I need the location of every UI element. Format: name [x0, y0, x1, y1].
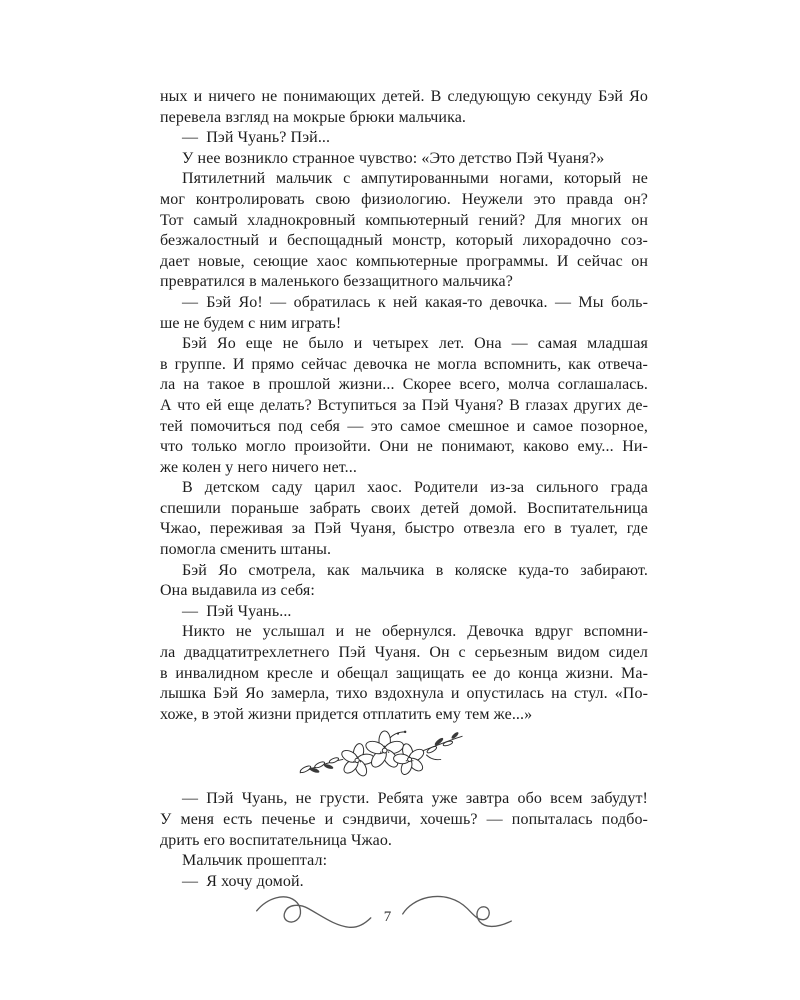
text-line: Пятилетний мальчик с ампутированными ног…	[160, 169, 648, 190]
calligraphic-swash-left-icon	[252, 886, 377, 938]
text-line: У меня есть печенье и сэндвичи, хочешь? …	[160, 810, 648, 831]
paragraph: У нее возникло странное чувство: «Это де…	[160, 149, 648, 170]
text-line: Бэй Яо смотрела, как мальчика в коляске …	[160, 561, 648, 582]
paragraphs-bottom: — Пэй Чуань, не грусти. Ребята уже завтр…	[160, 789, 648, 892]
text-line: — Пэй Чуань? Пэй...	[160, 128, 648, 149]
paragraph: Пятилетний мальчик с ампутированными ног…	[160, 169, 648, 293]
page-text: ных и ничего не понимающих детей. В след…	[160, 87, 648, 892]
text-line: Бэй Яо еще не было и четырех лет. Она — …	[160, 334, 648, 355]
text-line: А что ей еще делать? Вступиться за Пэй Ч…	[160, 396, 648, 417]
paragraph: — Пэй Чуань...	[160, 602, 648, 623]
text-line: ных и ничего не понимающих детей. В след…	[160, 87, 648, 108]
text-line: ше не будем с ним играть!	[160, 314, 648, 335]
text-line: — Пэй Чуань, не грусти. Ребята уже завтр…	[160, 789, 648, 810]
paragraph: В детском саду царил хаос. Родители из-з…	[160, 478, 648, 560]
text-line: безжалостный и беспощадный монстр, котор…	[160, 231, 648, 252]
text-line: перевела взгляд на мокрые брюки мальчика…	[160, 108, 648, 129]
text-line: мог контролировать свою физиологию. Неуж…	[160, 190, 648, 211]
text-line: ла на такое в прошлой жизни... Скорее вс…	[160, 375, 648, 396]
paragraph: — Бэй Яо! — обратилась к ней какая-то де…	[160, 293, 648, 334]
text-line: У нее возникло странное чувство: «Это де…	[160, 149, 648, 170]
paragraphs-top: ных и ничего не понимающих детей. В след…	[160, 87, 648, 725]
text-line: спешили пораньше забрать своих детей дом…	[160, 499, 648, 520]
text-line: Чжао, переживая за Пэй Чуаня, быстро отв…	[160, 519, 648, 540]
paragraph: Бэй Яо смотрела, как мальчика в коляске …	[160, 561, 648, 602]
flower-branch-ornament-icon	[293, 728, 471, 782]
page-footer: 7	[0, 886, 784, 938]
text-line: помогла сменить штаны.	[160, 540, 648, 561]
paragraph: — Пэй Чуань, не грусти. Ребята уже завтр…	[160, 789, 648, 851]
paragraph: Мальчик прошептал:	[160, 851, 648, 872]
text-line: В детском саду царил хаос. Родители из-з…	[160, 478, 648, 499]
page-number: 7	[384, 900, 392, 925]
text-line: ла двадцатитрехлетнего Пэй Чуаня. Он с с…	[160, 643, 648, 664]
flower-ornament	[138, 728, 626, 782]
text-line: превратился в маленького беззащитного ма…	[160, 272, 648, 293]
text-line: же колен у него ничего нет...	[160, 458, 648, 479]
text-line: Никто не услышал и не обернулся. Девочка…	[160, 622, 648, 643]
text-line: дает новые, сеющие хаос компьютерные про…	[160, 252, 648, 273]
calligraphic-swash-right-icon	[398, 886, 516, 938]
text-line: Мальчик прошептал:	[160, 851, 648, 872]
text-line: в инвалидном кресле и обещал защищать ее…	[160, 664, 648, 685]
book-page: ных и ничего не понимающих детей. В след…	[0, 0, 800, 1000]
text-line: в группе. И прямо сейчас девочка не могл…	[160, 355, 648, 376]
text-line: лышка Бэй Яо замерла, тихо вздохнула и о…	[160, 684, 648, 705]
paragraph: ных и ничего не понимающих детей. В след…	[160, 87, 648, 128]
text-line: дрить его воспитательница Чжао.	[160, 831, 648, 852]
text-line: что только могло произойти. Они не поним…	[160, 437, 648, 458]
text-line: Тот самый хладнокровный компьютерный ген…	[160, 211, 648, 232]
text-line: тей помочиться под себя — это самое смеш…	[160, 417, 648, 438]
paragraph: Бэй Яо еще не было и четырех лет. Она — …	[160, 334, 648, 478]
text-line: хоже, в этой жизни придется отплатить ем…	[160, 705, 648, 726]
paragraph: — Пэй Чуань? Пэй...	[160, 128, 648, 149]
text-line: Она выдавила из себя:	[160, 581, 648, 602]
paragraph: Никто не услышал и не обернулся. Девочка…	[160, 622, 648, 725]
text-line: — Пэй Чуань...	[160, 602, 648, 623]
text-line: — Бэй Яо! — обратилась к ней какая-то де…	[160, 293, 648, 314]
